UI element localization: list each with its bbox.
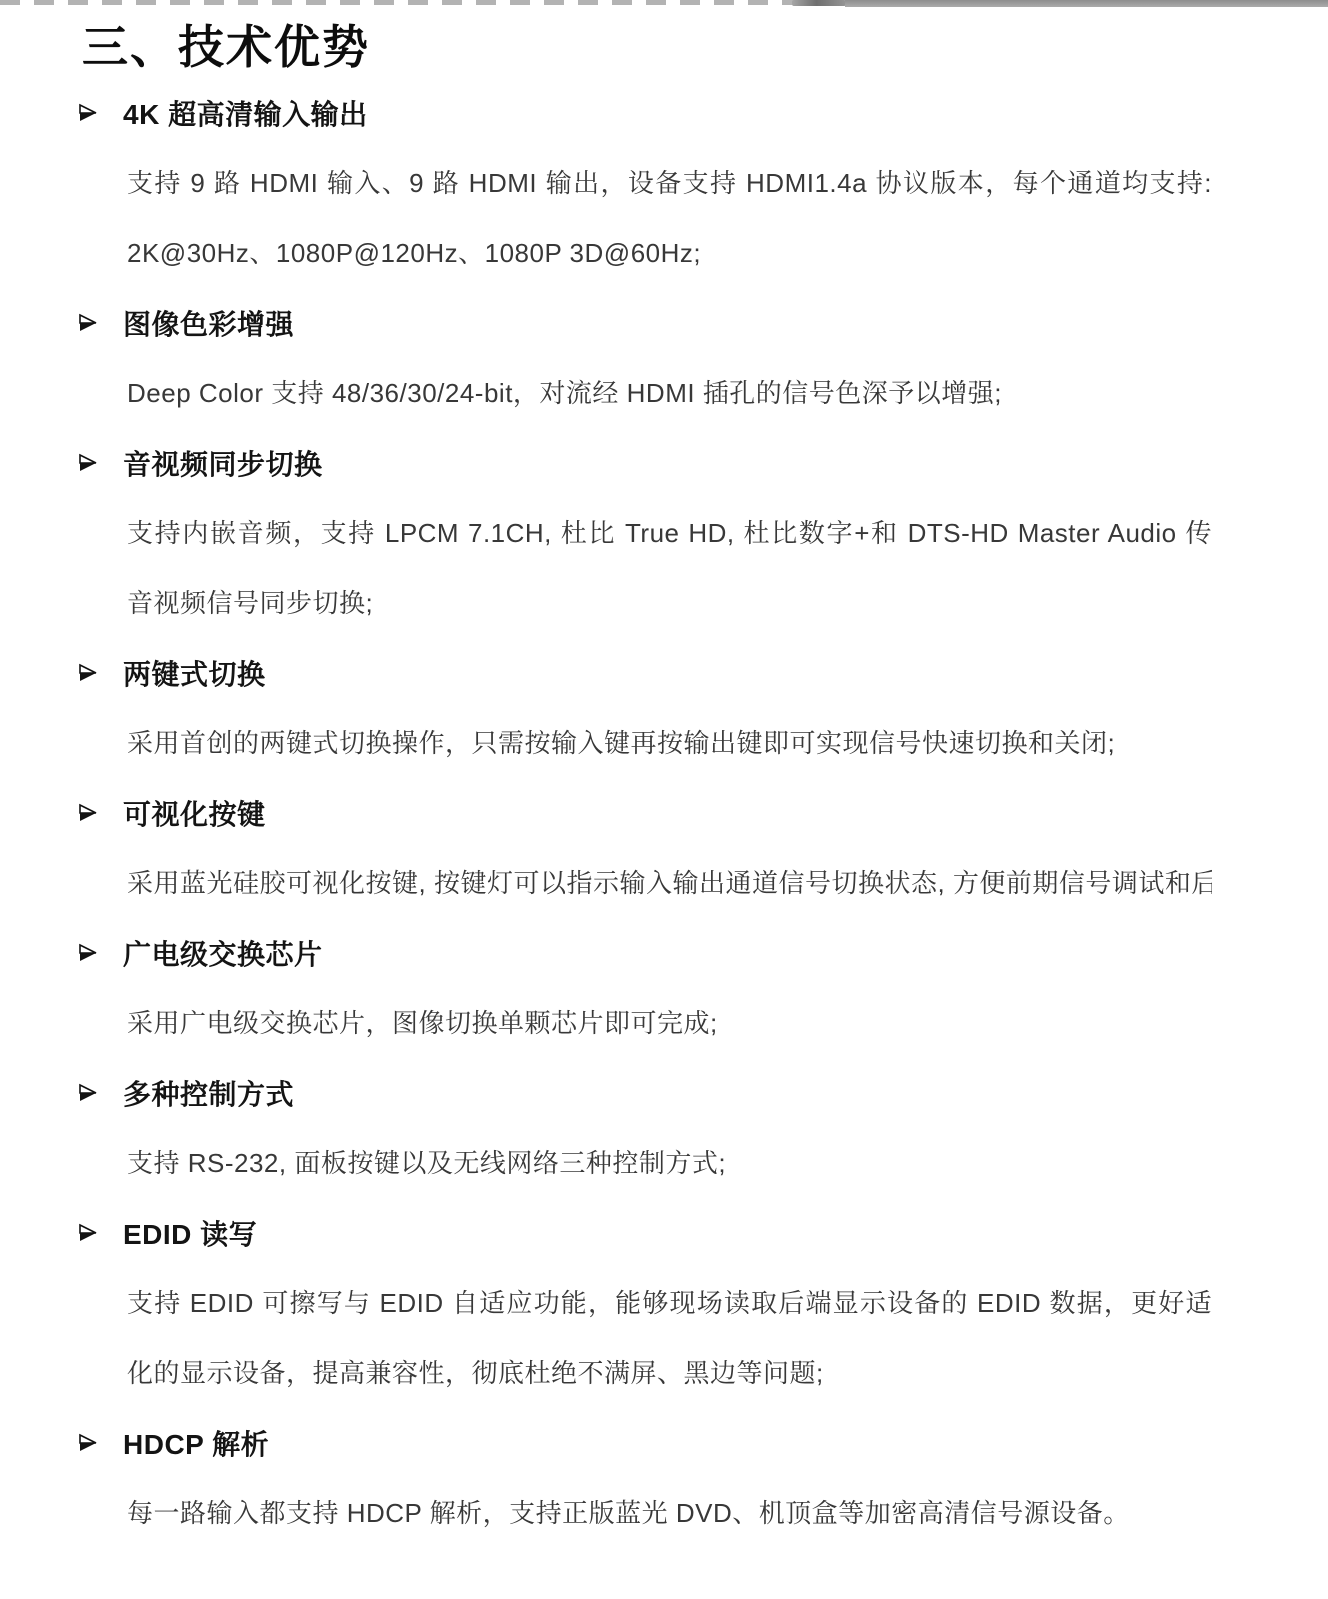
section-heading: 可视化按键 — [123, 793, 266, 833]
feature-section: 多种控制方式 支持 RS-232, 面板按键以及无线网络三种控制方式; — [78, 1058, 1212, 1198]
section-heading: 多种控制方式 — [123, 1073, 294, 1113]
paragraph-line: 2K@30Hz、1080P@120Hz、1080P 3D@60Hz; — [127, 218, 1212, 288]
section-heading-row: 可视化按键 — [78, 778, 1212, 848]
arrowhead-right-icon — [78, 803, 123, 823]
arrowhead-right-icon — [78, 1433, 123, 1453]
paragraph-line: 支持 RS-232, 面板按键以及无线网络三种控制方式; — [127, 1128, 1212, 1198]
section-heading: 两键式切换 — [123, 653, 266, 693]
arrowhead-right-icon — [78, 103, 123, 123]
feature-section: 可视化按键 采用蓝光硅胶可视化按键, 按键灯可以指示输入输出通道信号切换状态, … — [78, 778, 1212, 918]
arrowhead-right-icon — [78, 663, 123, 683]
paragraph-line: 支持 EDID 可擦写与 EDID 自适应功能，能够现场读取后端显示设备的 ED… — [127, 1268, 1212, 1338]
feature-section: 音视频同步切换 支持内嵌音频，支持 LPCM 7.1CH, 杜比 True HD… — [78, 428, 1212, 638]
section-heading-row: 图像色彩增强 — [78, 288, 1212, 358]
paragraph-line: 采用广电级交换芯片，图像切换单颗芯片即可完成; — [127, 988, 1212, 1058]
section-body: 支持 EDID 可擦写与 EDID 自适应功能，能够现场读取后端显示设备的 ED… — [127, 1268, 1212, 1408]
arrowhead-right-icon — [78, 453, 123, 473]
section-heading-row: 两键式切换 — [78, 638, 1212, 708]
section-body: 支持 9 路 HDMI 输入、9 路 HDMI 输出，设备支持 HDMI1.4a… — [127, 148, 1212, 288]
paragraph-line: 采用首创的两键式切换操作，只需按输入键再按输出键即可实现信号快速切换和关闭; — [127, 708, 1212, 778]
section-body: 支持内嵌音频，支持 LPCM 7.1CH, 杜比 True HD, 杜比数字+和… — [127, 498, 1212, 638]
section-body: 采用广电级交换芯片，图像切换单颗芯片即可完成; — [127, 988, 1212, 1058]
section-heading-row: 4K 超高清输入输出 — [78, 78, 1212, 148]
paragraph-line: 采用蓝光硅胶可视化按键, 按键灯可以指示输入输出通道信号切换状态, 方便前期信号… — [127, 848, 1212, 918]
arrowhead-right-icon — [78, 1223, 123, 1243]
feature-section: 广电级交换芯片 采用广电级交换芯片，图像切换单颗芯片即可完成; — [78, 918, 1212, 1058]
feature-section: 4K 超高清输入输出 支持 9 路 HDMI 输入、9 路 HDMI 输出，设备… — [78, 78, 1212, 288]
paragraph-line: 支持 9 路 HDMI 输入、9 路 HDMI 输出，设备支持 HDMI1.4a… — [127, 148, 1212, 218]
paragraph-line: 每一路输入都支持 HDCP 解析，支持正版蓝光 DVD、机顶盒等加密高清信号源设… — [127, 1478, 1212, 1548]
section-heading: HDCP 解析 — [123, 1423, 269, 1463]
section-heading-row: EDID 读写 — [78, 1198, 1212, 1268]
feature-section: HDCP 解析 每一路输入都支持 HDCP 解析，支持正版蓝光 DVD、机顶盒等… — [78, 1408, 1212, 1548]
section-body: 采用蓝光硅胶可视化按键, 按键灯可以指示输入输出通道信号切换状态, 方便前期信号… — [127, 848, 1212, 918]
section-heading: 4K 超高清输入输出 — [123, 93, 368, 133]
paragraph-line: 支持内嵌音频，支持 LPCM 7.1CH, 杜比 True HD, 杜比数字+和… — [127, 498, 1212, 568]
feature-section: 图像色彩增强 Deep Color 支持 48/36/30/24-bit，对流经… — [78, 288, 1212, 428]
section-heading-row: 多种控制方式 — [78, 1058, 1212, 1128]
section-heading: 广电级交换芯片 — [123, 933, 323, 973]
arrowhead-right-icon — [78, 943, 123, 963]
section-heading: EDID 读写 — [123, 1213, 257, 1253]
section-body: 每一路输入都支持 HDCP 解析，支持正版蓝光 DVD、机顶盒等加密高清信号源设… — [127, 1478, 1212, 1548]
feature-section: EDID 读写 支持 EDID 可擦写与 EDID 自适应功能，能够现场读取后端… — [78, 1198, 1212, 1408]
section-heading-row: HDCP 解析 — [78, 1408, 1212, 1478]
feature-section: 两键式切换 采用首创的两键式切换操作，只需按输入键再按输出键即可实现信号快速切换… — [78, 638, 1212, 778]
paragraph-line: Deep Color 支持 48/36/30/24-bit，对流经 HDMI 插… — [127, 358, 1212, 428]
paragraph-line: 化的显示设备，提高兼容性，彻底杜绝不满屏、黑边等问题; — [127, 1338, 1212, 1408]
page-title: 三、技术优势 — [82, 16, 1328, 78]
section-heading-row: 音视频同步切换 — [78, 428, 1212, 498]
feature-list: 4K 超高清输入输出 支持 9 路 HDMI 输入、9 路 HDMI 输出，设备… — [78, 78, 1212, 1548]
section-body: 采用首创的两键式切换操作，只需按输入键再按输出键即可实现信号快速切换和关闭; — [127, 708, 1212, 778]
paragraph-line: 音视频信号同步切换; — [127, 568, 1212, 638]
arrowhead-right-icon — [78, 1083, 123, 1103]
section-body: 支持 RS-232, 面板按键以及无线网络三种控制方式; — [127, 1128, 1212, 1198]
section-body: Deep Color 支持 48/36/30/24-bit，对流经 HDMI 插… — [127, 358, 1212, 428]
section-heading: 音视频同步切换 — [123, 443, 323, 483]
arrowhead-right-icon — [78, 313, 123, 333]
section-heading: 图像色彩增强 — [123, 303, 294, 343]
document-page: 三、技术优势 4K 超高清输入输出 支持 9 路 HDMI 输入、9 路 HDM… — [0, 0, 1328, 1548]
section-heading-row: 广电级交换芯片 — [78, 918, 1212, 988]
